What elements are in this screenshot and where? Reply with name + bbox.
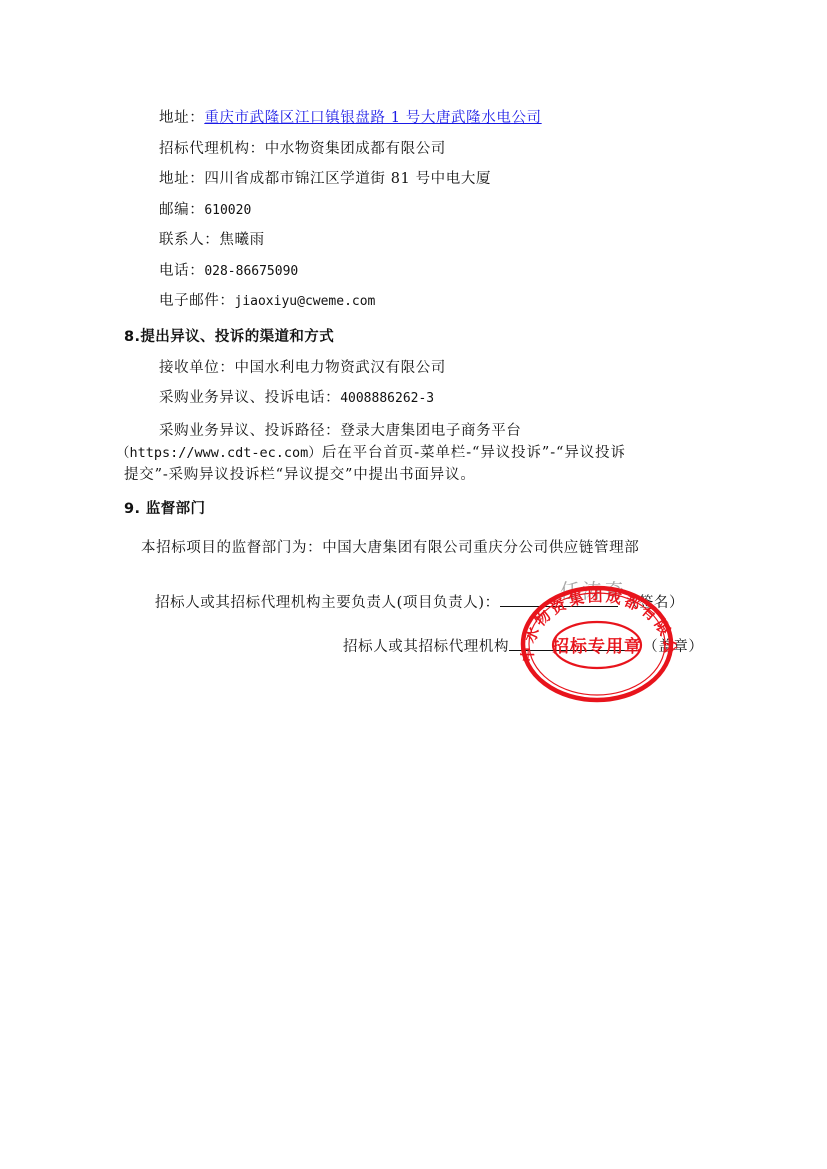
phone-label: 电话： — [159, 263, 204, 279]
agency-label: 招标代理机构： — [159, 141, 265, 157]
seal-icon: 中水物资集团成都有限公司 招标专用章 — [517, 582, 677, 704]
supervision-body: 本招标项目的监督部门为：中国大唐集团有限公司重庆分公司供应链管理部 — [141, 538, 639, 558]
seal-inner-text: 招标专用章 — [551, 636, 642, 657]
complaint-path-line-3: 提交”-采购异议投诉栏“异议提交”中提出书面异议。 — [124, 465, 476, 485]
complaint-path-line-2: （https://www.cdt-ec.com）后在平台首页-菜单栏-“异议投诉… — [116, 443, 626, 463]
org-label: 招标人或其招标代理机构 — [343, 639, 509, 655]
complaint-path-line-2-rest: 后在平台首页-菜单栏-“异议投诉”-“异议投诉 — [322, 445, 626, 461]
complaint-path-line-1: 采购业务异议、投诉路径：登录大唐集团电子商务平台 — [159, 421, 521, 441]
receiver-line: 接收单位：中国水利电力物资武汉有限公司 — [159, 358, 446, 378]
address-label: 地址： — [159, 110, 204, 126]
contact-value: 焦曦雨 — [219, 232, 264, 248]
platform-url: （https://www.cdt-ec.com） — [116, 445, 322, 461]
address-line: 地址：重庆市武隆区江口镇银盘路 1 号大唐武隆水电公司 — [159, 108, 542, 128]
postcode-line: 邮编：610020 — [159, 200, 251, 221]
contact-label: 联系人： — [159, 232, 219, 248]
agency-value: 中水物资集团成都有限公司 — [265, 141, 446, 157]
agency-address-line: 地址：四川省成都市锦江区学道街 81 号中电大厦 — [159, 169, 491, 189]
agency-address-label: 地址： — [159, 171, 204, 187]
receiver-label: 接收单位： — [159, 360, 235, 376]
complaint-phone-label: 采购业务异议、投诉电话： — [159, 390, 340, 406]
address-link[interactable]: 重庆市武隆区江口镇银盘路 1 号大唐武隆水电公司 — [204, 110, 541, 126]
section-9-heading: 9. 监督部门 — [124, 499, 205, 519]
email-label: 电子邮件： — [159, 293, 235, 309]
email-value: jiaoxiyu@cweme.com — [235, 294, 376, 309]
responsible-label: 招标人或其招标代理机构主要负责人(项目负责人)： — [155, 595, 500, 611]
phone-line: 电话：028-86675090 — [159, 261, 298, 282]
postcode-value: 610020 — [204, 203, 251, 218]
agency-line: 招标代理机构：中水物资集团成都有限公司 — [159, 139, 446, 159]
agency-address-value: 四川省成都市锦江区学道街 81 号中电大厦 — [204, 171, 491, 187]
contact-line: 联系人：焦曦雨 — [159, 230, 265, 250]
receiver-value: 中国水利电力物资武汉有限公司 — [235, 360, 446, 376]
postcode-label: 邮编： — [159, 202, 204, 218]
official-seal-stamp: 中水物资集团成都有限公司 招标专用章 — [517, 582, 677, 704]
section-8-heading: 8.提出异议、投诉的渠道和方式 — [124, 327, 334, 347]
phone-value: 028-86675090 — [204, 264, 298, 279]
email-line: 电子邮件：jiaoxiyu@cweme.com — [159, 291, 375, 312]
complaint-phone-line: 采购业务异议、投诉电话：4008886262-3 — [159, 388, 434, 409]
complaint-phone-value: 4008886262-3 — [340, 391, 434, 406]
